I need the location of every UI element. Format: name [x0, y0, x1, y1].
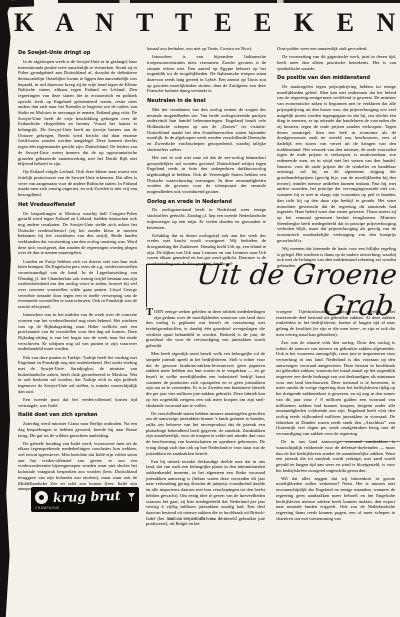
paragraph: De besprekingen te Moskou waarbij half C…: [18, 211, 137, 257]
scan-ink-blob: [0, 0, 34, 8]
groene-column-a: TOEN eenige weken geleden in deze rubrie…: [146, 309, 265, 529]
scan-gutter-artifact: [0, 0, 12, 617]
column-1: De Sowjet-Unie dringt op In de afgeloope…: [18, 46, 137, 494]
paragraph: Londen en Parijs hebben zich tot dusver …: [18, 259, 137, 310]
section-heading-middenstand: De positie van den middenstand: [277, 75, 396, 81]
groene-section-title: Uit de Groene Grab: [144, 260, 400, 306]
groene-column-b: vroegere Tsjechoslowakije geïmporteerd w…: [276, 309, 395, 529]
section-heading-sowjet: De Sowjet-Unie dringt op: [18, 50, 137, 56]
paragraph: De maatregelen tegen prijsopdrijving heb…: [277, 84, 396, 243]
section-heading-vredesoffensief: Het Vredesoffensief: [18, 202, 137, 208]
paragraph: De verschillende staten hebben immers ma…: [146, 411, 265, 457]
groene-columns: TOEN eenige weken geleden in deze rubrie…: [146, 309, 398, 529]
page-footer: PAG. 6 DE GROENE No. 3249: [98, 517, 298, 521]
paragraph: De oorlogstoestand heeft in Nederland we…: [147, 207, 266, 230]
paragraph: Het ziet er ook niet naar uit dat de zee…: [147, 155, 266, 195]
paragraph: De geheele houding van Italië werd, voor…: [18, 441, 137, 492]
paragraph: Intusschen was in het midden van de week…: [18, 312, 137, 352]
section-heading-oorlog-vrede: Oorlog en vrede in Nederland: [147, 199, 266, 205]
bottle-icon: [35, 491, 48, 504]
paragraph: kanaal zou herhalen, zoo niet op Tunis, …: [147, 46, 266, 52]
paragraph: De voortzetting van dit gigantische werk…: [277, 54, 396, 71]
paragraph: Op Estland volgde Letland. Ook deze klei…: [18, 169, 137, 197]
section-heading-italie: Italië doet van zich spreken: [18, 412, 137, 418]
newspaper-page: K A N T T E E K E N I N G E N De Sowjet-…: [0, 0, 400, 617]
paragraph-text: OEN eenige weken geleden in deze rubriek…: [146, 309, 265, 348]
section-heading-neutralen: Neutralen in de knel: [147, 98, 266, 104]
groene-section: Uit de Groene Grab TOEN eenige weken gel…: [146, 260, 398, 529]
column-2: kanaal zou herhalen, zoo niet op Tunis, …: [147, 46, 266, 269]
column-3: Oost-polder weer een aanzienlijk stuk ge…: [277, 46, 396, 271]
page-title: K A N T T E E K E N I N G E N: [14, 8, 398, 38]
paragraph: Een tweede punt dat het vredes-offensief…: [18, 397, 137, 408]
paragraph: In de afgeloopen week is de Sowjet-Unie …: [18, 59, 137, 167]
paragraph: Zoo was de situatie vóór den oorlog. Doo…: [276, 340, 395, 437]
champagne-advertisement: krug brut champagne: [31, 487, 139, 512]
paragraph: Zaterdag werd minister Ciano naar Berlij…: [18, 421, 137, 438]
paragraph: De in ons land aanwezige voorraad zandza…: [276, 439, 395, 473]
paragraph: Wil dat alles zeggen dat wij binnenkort …: [276, 476, 395, 522]
ad-label-text: champagne: [35, 506, 60, 510]
masthead-rule: [58, 0, 400, 3]
paragraph: Met het voortduren van den oorlog nemen …: [147, 107, 266, 153]
paragraph: Oost-polder weer een aanzienlijk stuk ge…: [277, 46, 396, 52]
glass-icon: [128, 493, 135, 501]
paragraph: Eén van deze punten is Turkije. Turkije …: [18, 355, 137, 395]
paragraph: Men heeft eigenlijk nooit beseft welk ee…: [146, 351, 265, 408]
ad-brand-text: krug brut: [53, 488, 121, 505]
drop-cap: T: [146, 309, 154, 317]
paragraph: TOEN eenige weken geleden in deze rubrie…: [146, 309, 265, 349]
paragraph: Intusschen is van bijzondere Italiaansch…: [147, 54, 266, 94]
